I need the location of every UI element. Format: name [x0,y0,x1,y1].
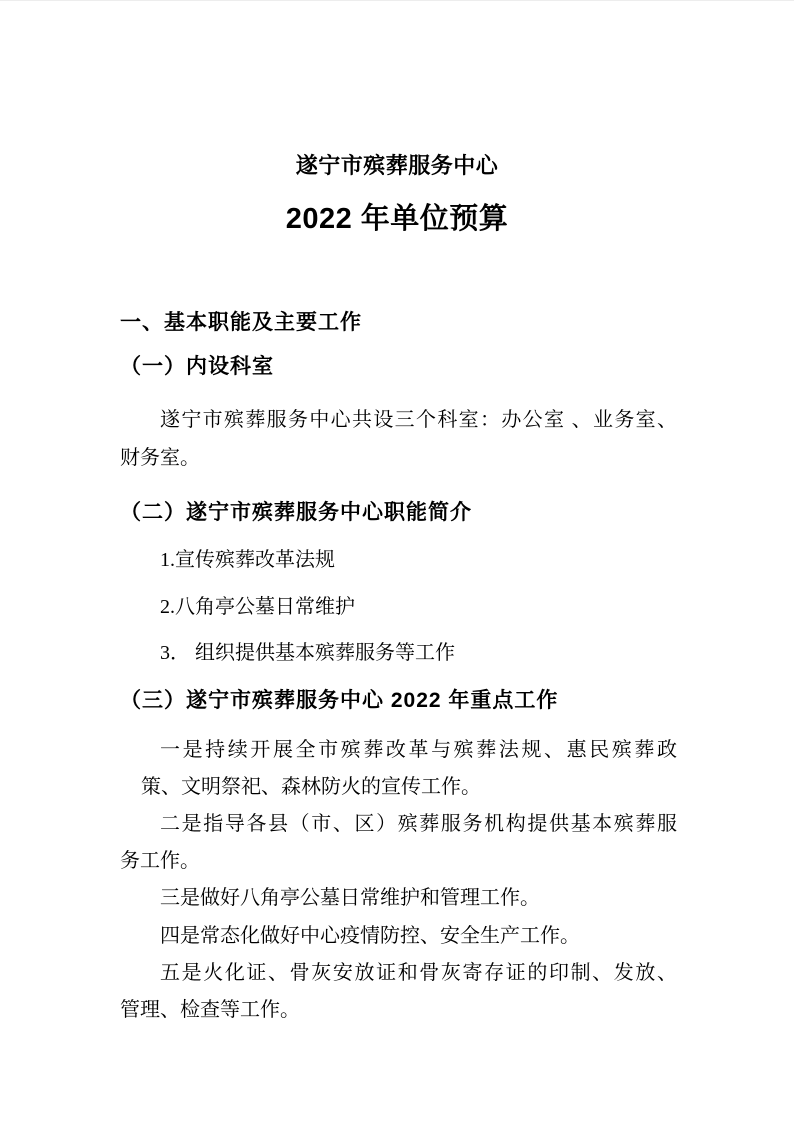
body-line: 四是常态化做好中心疫情防控、安全生产工作。 [120,923,677,949]
subsection-heading-1-1: （一）内设科室 [120,354,677,380]
list-item-3: 3． 组织提供基本殡葬服务等工作 [120,640,677,666]
document-page: 遂宁市殡葬服务中心 2022 年单位预算 一、基本职能及主要工作 （一）内设科室… [0,0,794,1123]
body-line: 三是做好八角亭公墓日常维护和管理工作。 [120,885,677,911]
list-item-1: 1.宣传殡葬改革法规 [120,547,677,573]
body-line: 务工作。 [120,848,677,874]
body-line: 遂宁市殡葬服务中心共设三个科室：办公室 、业务室、 [120,407,677,433]
document-subtitle: 2022 年单位预算 [0,202,794,236]
body-line: 管理、检查等工作。 [120,997,677,1023]
body-line: 一是持续开展全市殡葬改革与殡葬法规、惠民殡葬政 [120,737,677,763]
body-line: 五是火化证、骨灰安放证和骨灰寄存证的印制、发放、 [120,960,677,986]
body-line: 财务室。 [120,445,677,471]
subsection-heading-1-2: （二）遂宁市殡葬服务中心职能简介 [120,500,677,526]
body-line: 二是指导各县（市、区）殡葬服务机构提供基本殡葬服 [120,811,677,837]
section-heading-1: 一、基本职能及主要工作 [120,310,677,336]
body-line: 策、文明祭祀、森林防火的宣传工作。 [120,774,698,800]
subsection-heading-1-3: （三）遂宁市殡葬服务中心 2022 年重点工作 [120,688,677,714]
document-title: 遂宁市殡葬服务中心 [0,152,794,180]
list-item-2: 2.八角亭公墓日常维护 [120,594,677,620]
